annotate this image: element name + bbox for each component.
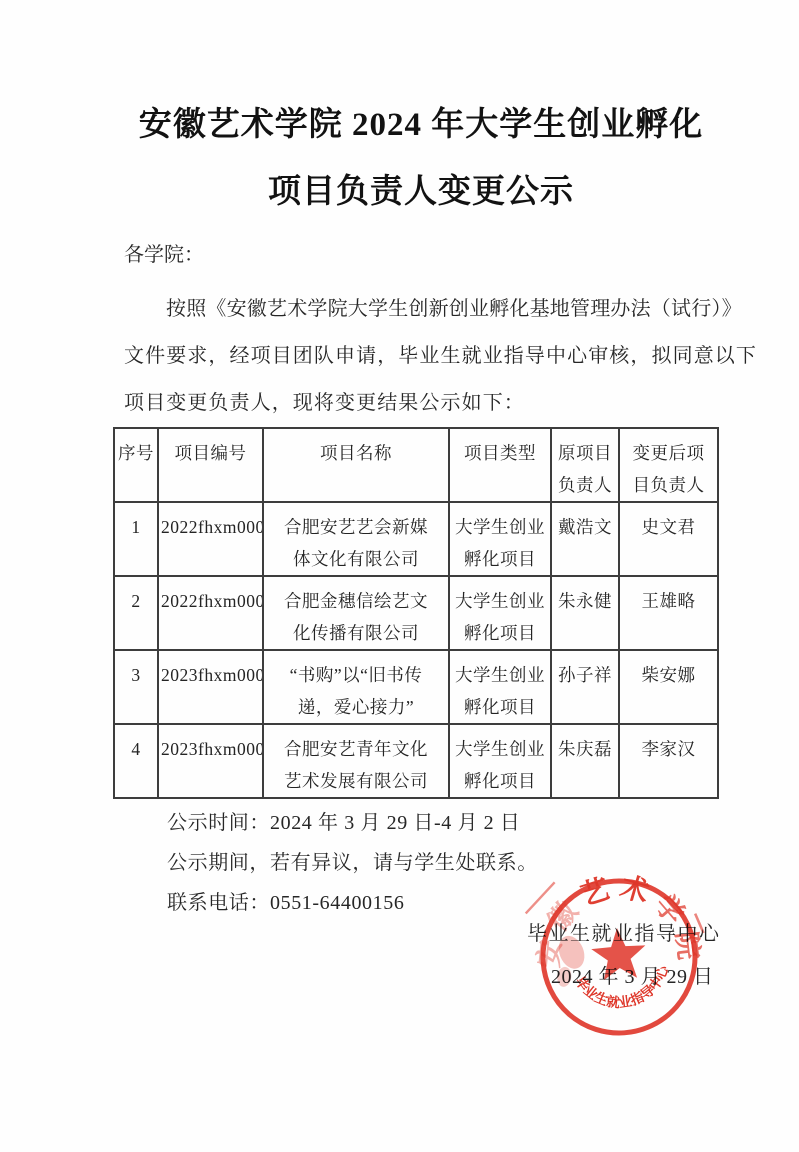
cell-no: 2	[114, 576, 158, 650]
cell-code: 2023fhxm0007	[158, 724, 263, 798]
cell-new-leader: 柴安娜	[619, 650, 718, 724]
document-content: 安徽艺术学院 2024 年大学生创业孵化 项目负责人变更公示 各学院： 按照《安…	[124, 0, 718, 923]
publicity-period: 公示时间：2024 年 3 月 29 日-4 月 2 日	[124, 803, 718, 843]
cell-old-leader: 戴浩文	[551, 502, 619, 576]
cell-old-leader: 朱永健	[551, 576, 619, 650]
cell-name: “书购”以“旧书传 递，爱心接力”	[263, 650, 449, 724]
table-row: 1 2022fhxm0001 合肥安艺艺会新媒 体文化有限公司 大学生创业 孵化…	[114, 502, 718, 576]
cell-name: 合肥安艺艺会新媒 体文化有限公司	[263, 502, 449, 576]
cell-type: 大学生创业 孵化项目	[449, 502, 551, 576]
cell-name: 合肥金穗信绘艺文 化传播有限公司	[263, 576, 449, 650]
salutation: 各学院：	[124, 242, 718, 268]
cell-no: 3	[114, 650, 158, 724]
cell-no: 4	[114, 724, 158, 798]
cell-type: 大学生创业 孵化项目	[449, 724, 551, 798]
cell-old-leader: 孙子祥	[551, 650, 619, 724]
cell-code: 2022fhxm0001	[158, 502, 263, 576]
title-line-1: 安徽艺术学院 2024 年大学生创业孵化	[124, 92, 718, 159]
cell-type: 大学生创业 孵化项目	[449, 576, 551, 650]
header-type: 项目类型	[449, 428, 551, 502]
header-code: 项目编号	[158, 428, 263, 502]
cell-code: 2023fhxm0005	[158, 650, 263, 724]
document-title: 安徽艺术学院 2024 年大学生创业孵化 项目负责人变更公示	[124, 92, 718, 226]
header-no: 序号	[114, 428, 158, 502]
paragraph-line-2: 文件要求，经项目团队申请，毕业生就业指导中心审核，拟同意以下	[124, 333, 718, 380]
paragraph-line-3: 项目变更负责人，现将变更结果公示如下：	[124, 380, 718, 427]
cell-name: 合肥安艺青年文化 艺术发展有限公司	[263, 724, 449, 798]
header-old-leader: 原项目 负责人	[551, 428, 619, 502]
cell-type: 大学生创业 孵化项目	[449, 650, 551, 724]
body-paragraph: 按照《安徽艺术学院大学生创新创业孵化基地管理办法（试行）》 文件要求，经项目团队…	[124, 286, 718, 427]
table-row: 2 2022fhxm0002 合肥金穗信绘艺文 化传播有限公司 大学生创业 孵化…	[114, 576, 718, 650]
cell-new-leader: 李家汉	[619, 724, 718, 798]
title-line-2: 项目负责人变更公示	[124, 159, 718, 226]
project-change-table: 序号 项目编号 项目名称 项目类型 原项目 负责人 变更后项 目负责人 1 20…	[113, 427, 719, 799]
cell-code: 2022fhxm0002	[158, 576, 263, 650]
table-row: 4 2023fhxm0007 合肥安艺青年文化 艺术发展有限公司 大学生创业 孵…	[114, 724, 718, 798]
cell-old-leader: 朱庆磊	[551, 724, 619, 798]
seal-top-text-mid: 艺术	[576, 867, 661, 916]
cell-new-leader: 王雄略	[619, 576, 718, 650]
seal-star-icon	[590, 926, 648, 981]
cell-new-leader: 史文君	[619, 502, 718, 576]
seal-smudge-blob	[556, 966, 573, 988]
table-body: 1 2022fhxm0001 合肥安艺艺会新媒 体文化有限公司 大学生创业 孵化…	[114, 502, 718, 798]
header-name: 项目名称	[263, 428, 449, 502]
seal-top-text-right: 学院	[647, 887, 706, 970]
header-new-leader: 变更后项 目负责人	[619, 428, 718, 502]
table-row: 3 2023fhxm0005 “书购”以“旧书传 递，爱心接力” 大学生创业 孵…	[114, 650, 718, 724]
document-page: 安徽艺术学院 2024 年大学生创业孵化 项目负责人变更公示 各学院： 按照《安…	[0, 0, 799, 1152]
official-seal: 安徽艺术学院 毕业生就业指导中心	[512, 850, 725, 1063]
paragraph-line-1: 按照《安徽艺术学院大学生创新创业孵化基地管理办法（试行）》	[124, 286, 718, 333]
table-header-row: 序号 项目编号 项目名称 项目类型 原项目 负责人 变更后项 目负责人	[114, 428, 718, 502]
table-header: 序号 项目编号 项目名称 项目类型 原项目 负责人 变更后项 目负责人	[114, 428, 718, 502]
cell-no: 1	[114, 502, 158, 576]
